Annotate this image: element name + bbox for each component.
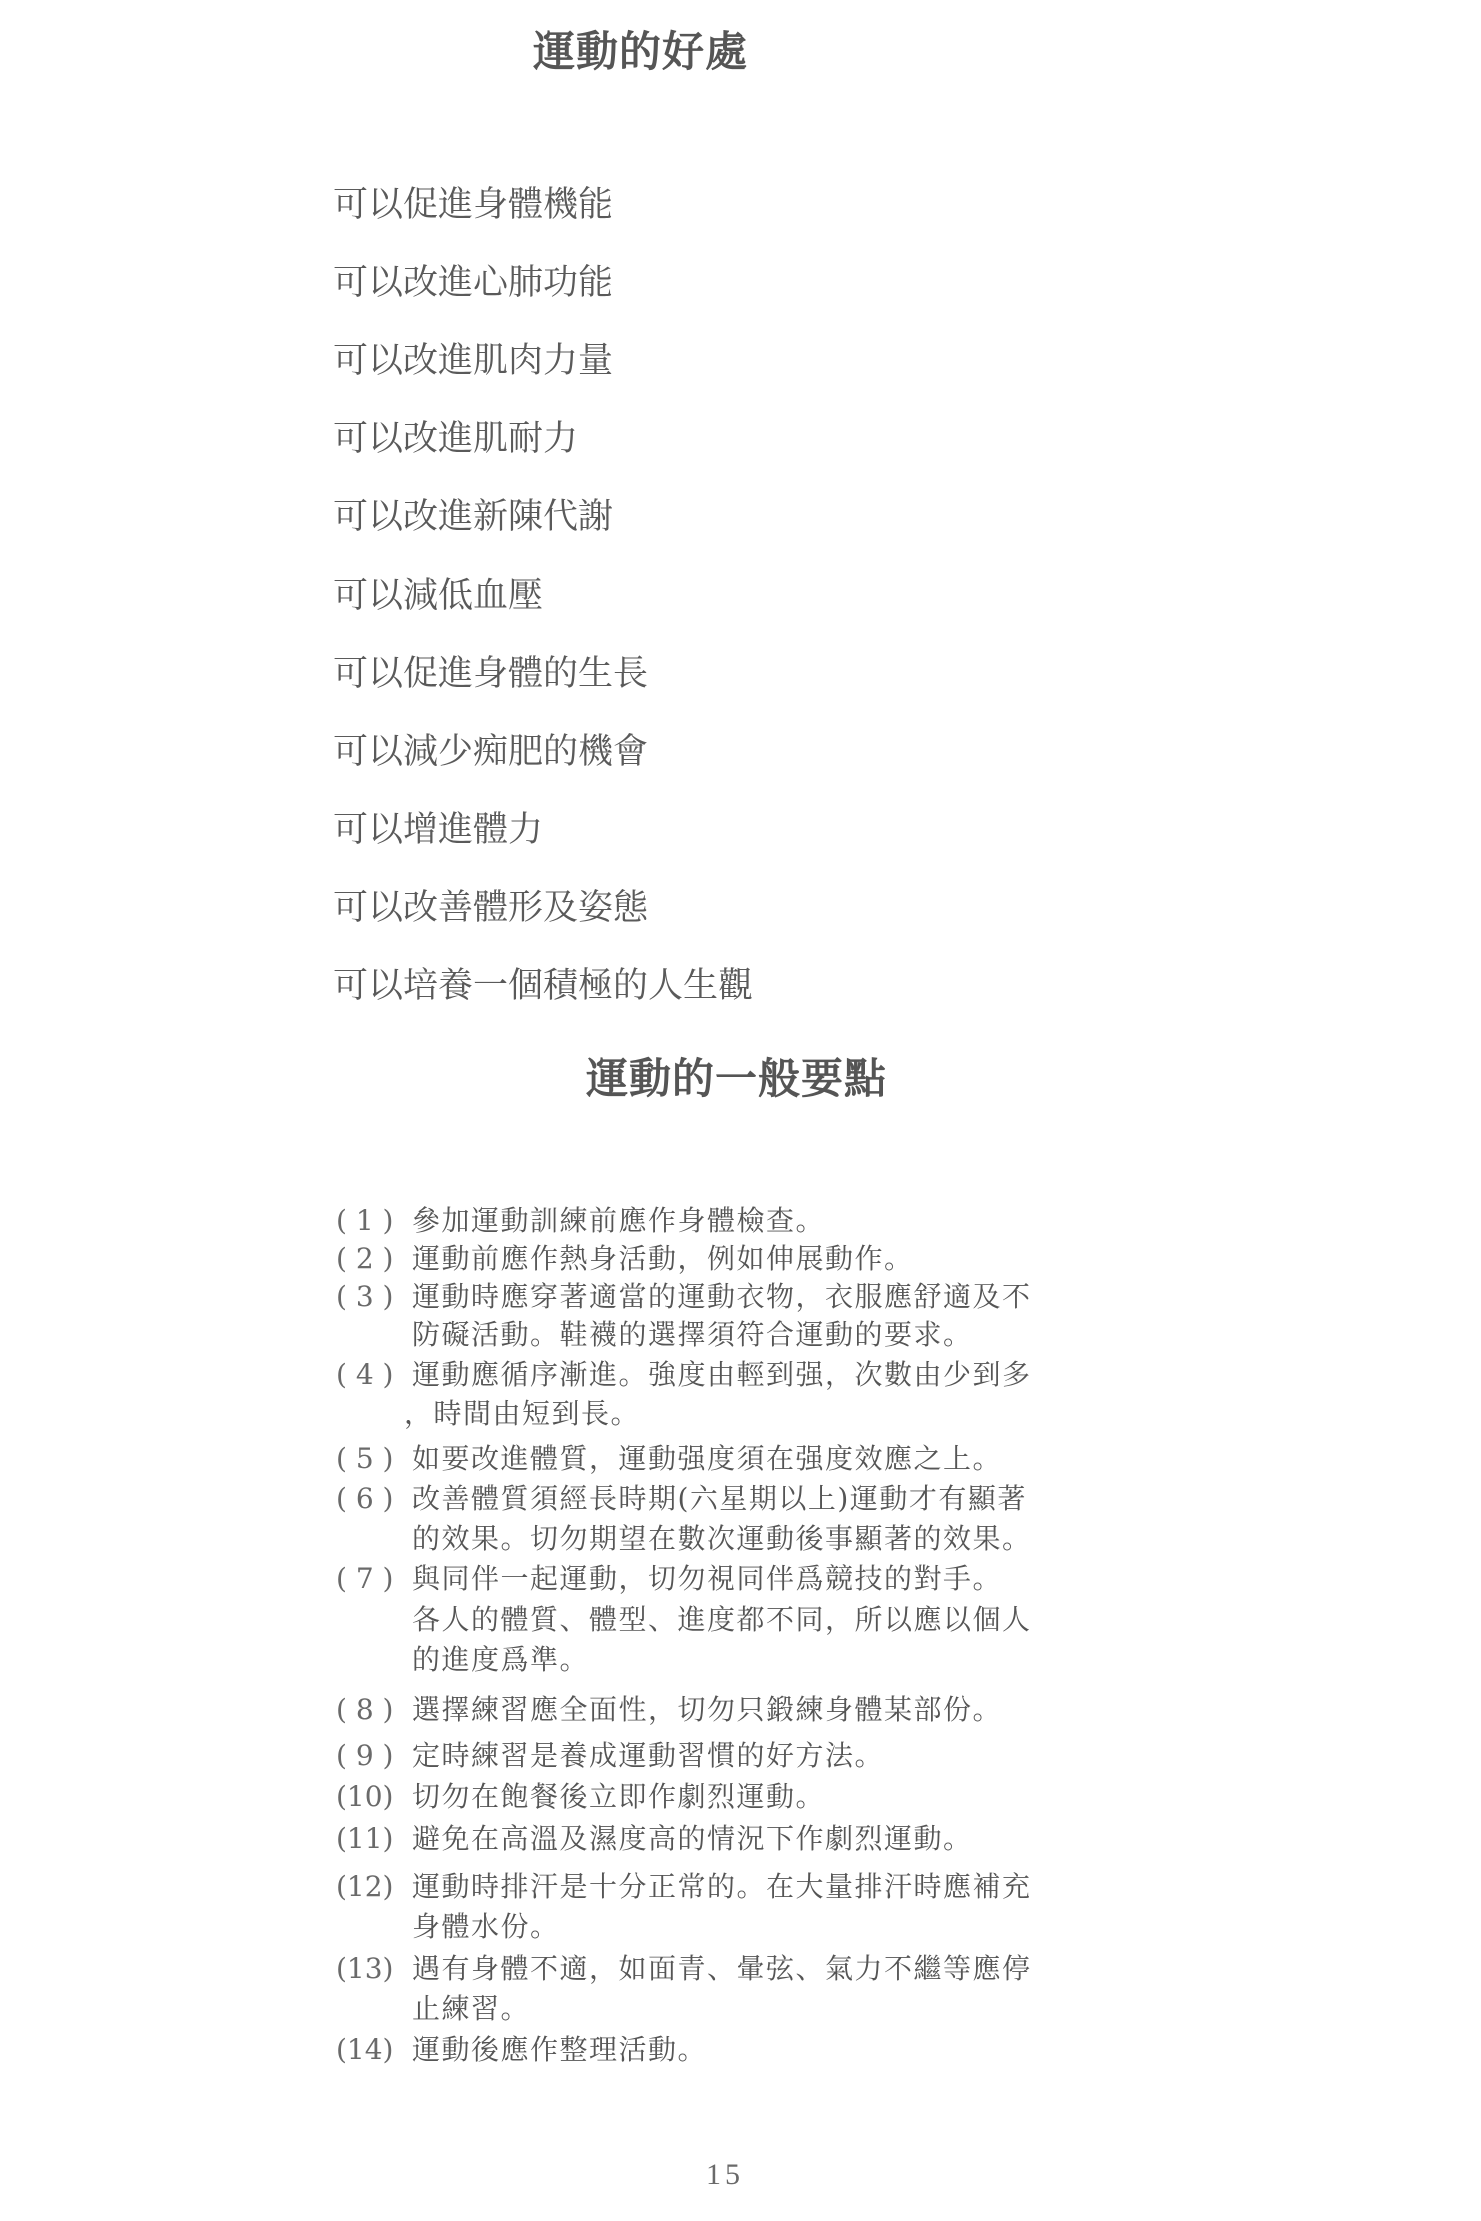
point-text: 運動時應穿著適當的運動衣物，衣服應舒適及不	[412, 1283, 1032, 1311]
point-number: ( 9 )	[336, 1742, 393, 1770]
list-item: 可以減少痴肥的機會	[333, 735, 648, 770]
point-text: 與同伴一起運動，切勿視同伴爲競技的對手。	[412, 1565, 1002, 1593]
list-item: 可以改善體形及姿態	[333, 891, 648, 926]
list-item: 可以促進身體的生長	[333, 657, 648, 692]
point-text: 運動前應作熱身活動，例如伸展動作。	[412, 1245, 914, 1273]
point-text-continued: ，時間由短到長。	[404, 1400, 640, 1428]
point-text-continued: 防礙活動。鞋襪的選擇須符合運動的要求。	[412, 1321, 973, 1349]
point-text-continued: 各人的體質、體型、進度都不同，所以應以個人	[412, 1606, 1032, 1634]
point-text: 參加運動訓練前應作身體檢查。	[412, 1207, 825, 1235]
point-number: ( 6 )	[336, 1485, 393, 1513]
point-text: 改善體質須經長時期(六星期以上)運動才有顯著	[412, 1485, 1027, 1513]
list-item: 可以改進心肺功能	[333, 266, 613, 301]
point-number: ( 2 )	[336, 1245, 393, 1273]
point-number: (11)	[336, 1825, 393, 1853]
page-number: 15	[706, 2160, 744, 2190]
point-text: 如要改進體質，運動强度須在强度效應之上。	[412, 1445, 1002, 1473]
list-item: 可以增進體力	[333, 813, 543, 848]
point-number: ( 8 )	[336, 1696, 393, 1724]
point-text: 選擇練習應全面性，切勿只鍛練身體某部份。	[412, 1696, 1002, 1724]
list-item: 可以改進新陳代謝	[333, 500, 613, 535]
point-number: (14)	[336, 2036, 393, 2064]
list-item: 可以減低血壓	[333, 579, 543, 614]
point-text: 運動後應作整理活動。	[412, 2036, 707, 2064]
section-title-general-points: 運動的一般要點	[586, 1058, 1481, 1100]
point-number: ( 5 )	[336, 1445, 393, 1473]
point-number: ( 7 )	[336, 1565, 393, 1593]
point-text-continued: 的進度爲準。	[412, 1646, 589, 1674]
point-text-continued: 止練習。	[412, 1995, 530, 2023]
point-number: ( 1 )	[336, 1207, 393, 1235]
point-number: ( 4 )	[336, 1361, 393, 1389]
point-number: (13)	[336, 1955, 393, 1983]
point-number: ( 3 )	[336, 1283, 393, 1311]
point-text-continued: 的效果。切勿期望在數次運動後事顯著的效果。	[412, 1525, 1032, 1553]
point-number: (10)	[336, 1783, 393, 1811]
point-text: 運動時排汗是十分正常的。在大量排汗時應補充	[412, 1873, 1032, 1901]
point-text: 定時練習是養成運動習慣的好方法。	[412, 1742, 884, 1770]
section-title-benefits: 運動的好處	[533, 31, 1481, 73]
list-item: 可以改進肌肉力量	[333, 344, 613, 379]
list-item: 可以促進身體機能	[333, 188, 613, 223]
point-text: 運動應循序漸進。強度由輕到强，次數由少到多	[412, 1361, 1032, 1389]
list-item: 可以培養一個積極的人生觀	[333, 969, 753, 1004]
point-text: 避免在高溫及濕度高的情況下作劇烈運動。	[412, 1825, 973, 1853]
point-text-continued: 身體水份。	[412, 1913, 560, 1941]
list-item: 可以改進肌耐力	[333, 422, 578, 457]
point-number: (12)	[336, 1873, 393, 1901]
point-text: 遇有身體不適，如面青、暈弦、氣力不繼等應停	[412, 1955, 1032, 1983]
point-text: 切勿在飽餐後立即作劇烈運動。	[412, 1783, 825, 1811]
